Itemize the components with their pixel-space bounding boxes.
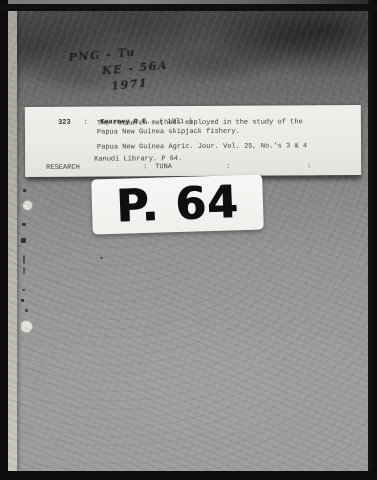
title-line-1: The research methods employed in the stu…	[97, 118, 303, 127]
title-line-2: Papua New Guinea skipjack fishery.	[97, 128, 240, 137]
photo-border-right	[368, 0, 377, 480]
photo-border-left	[0, 0, 8, 480]
punch-hole-top	[23, 201, 32, 210]
scanned-photo: PNG - Tu KE - 56A 1971 323 : Kearney,R.E…	[0, 0, 377, 480]
subjects-separator-2: :	[226, 163, 230, 171]
shelf-label-text: P. 64	[115, 180, 239, 230]
shelf-label-sticker: P. 64	[91, 174, 264, 234]
subjects-value: TUNA	[155, 163, 172, 171]
photo-border-bottom	[0, 471, 377, 480]
subjects-separator-1: :	[143, 163, 147, 171]
subjects-label: RESEARCH	[46, 164, 80, 172]
paper-page: PNG - Tu KE - 56A 1971	[8, 11, 368, 471]
punch-hole-bottom	[21, 321, 32, 332]
catalog-card: 323 : Kearney,R.E. ( 1971 ) The research…	[25, 105, 361, 177]
photo-border-top	[0, 4, 377, 11]
subjects-separator-3: :	[307, 162, 311, 170]
page-edge-strip	[8, 11, 17, 471]
journal-line: Papua New Guinea Agric. Jour. Vol. 25, N…	[97, 142, 307, 151]
entry-number: 323	[58, 119, 71, 127]
